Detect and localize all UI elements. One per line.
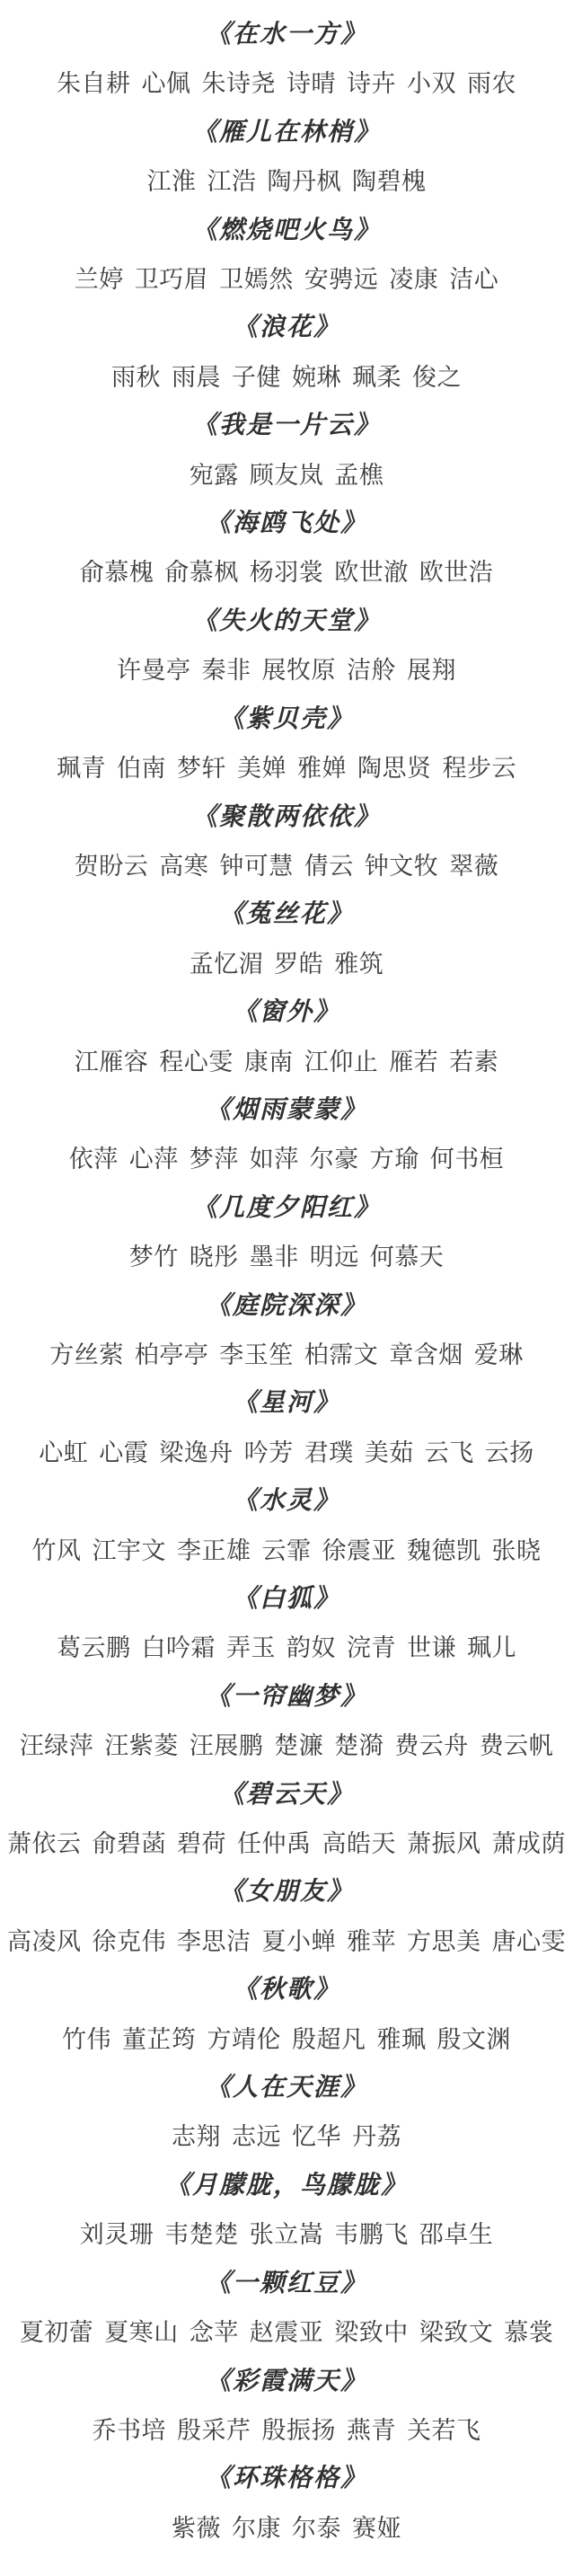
work-entry: 《水灵》 竹风 江宇文 李正雄 云霏 徐震亚 魏德凯 张晓 xyxy=(0,1477,573,1575)
work-characters-line: 竹风 江宇文 李正雄 云霏 徐震亚 魏德凯 张晓 xyxy=(0,1527,573,1575)
work-title: 《海鸥飞处》 xyxy=(0,500,573,548)
work-title: 《水灵》 xyxy=(0,1477,573,1526)
work-characters-line: 江淮 江浩 陶丹枫 陶碧槐 xyxy=(0,157,573,206)
work-characters-line: 江雁容 程心雯 康南 江仰止 雁若 若素 xyxy=(0,1038,573,1086)
work-title: 《女朋友》 xyxy=(0,1868,573,1917)
work-entry: 《庭院深深》 方丝萦 柏亭亭 李玉笙 柏霈文 章含烟 爱琳 xyxy=(0,1282,573,1380)
work-entry: 《月朦胧，鸟朦胧》 刘灵珊 韦楚楚 张立嵩 韦鹏飞 邵卓生 xyxy=(0,2162,573,2260)
work-title: 《紫贝壳》 xyxy=(0,695,573,744)
work-characters-line: 贺盼云 高寒 钟可慧 倩云 钟文牧 翠薇 xyxy=(0,842,573,890)
work-entry: 《菟丝花》 孟忆湄 罗皓 雅筑 xyxy=(0,890,573,988)
character-list-page: 《在水一方》 朱自耕 心佩 朱诗尧 诗晴 诗卉 小双 雨农 《雁儿在林梢》 江淮… xyxy=(0,0,573,2576)
work-characters-line: 许曼亭 秦非 展牧原 洁舲 展翔 xyxy=(0,646,573,695)
work-title: 《一颗红豆》 xyxy=(0,2260,573,2308)
work-characters-line: 汪绿萍 汪紫菱 汪展鹏 楚濂 楚漪 费云舟 费云帆 xyxy=(0,1722,573,1770)
work-title: 《烟雨蒙蒙》 xyxy=(0,1086,573,1135)
work-characters-line: 刘灵珊 韦楚楚 张立嵩 韦鹏飞 邵卓生 xyxy=(0,2210,573,2259)
work-entry: 《几度夕阳红》 梦竹 晓彤 墨非 明远 何慕天 xyxy=(0,1184,573,1282)
work-entry: 《我是一片云》 宛露 顾友岚 孟樵 xyxy=(0,402,573,500)
work-title: 《窗外》 xyxy=(0,988,573,1037)
work-entry: 《女朋友》 高凌风 徐克伟 李思洁 夏小蝉 雅苹 方思美 唐心雯 xyxy=(0,1868,573,1966)
work-characters-line: 宛露 顾友岚 孟樵 xyxy=(0,451,573,500)
work-entry: 《人在天涯》 志翔 志远 忆华 丹荔 xyxy=(0,2064,573,2162)
work-entry: 《一颗红豆》 夏初蕾 夏寒山 念苹 赵震亚 梁致中 梁致文 慕裳 xyxy=(0,2260,573,2358)
works-list: 《在水一方》 朱自耕 心佩 朱诗尧 诗晴 诗卉 小双 雨农 《雁儿在林梢》 江淮… xyxy=(0,11,573,2553)
work-characters-line: 雨秋 雨晨 子健 婉琳 珮柔 俊之 xyxy=(0,353,573,402)
work-title: 《一帘幽梦》 xyxy=(0,1673,573,1722)
work-title: 《月朦胧，鸟朦胧》 xyxy=(0,2162,573,2210)
work-entry: 《烟雨蒙蒙》 依萍 心萍 梦萍 如萍 尔豪 方瑜 何书桓 xyxy=(0,1086,573,1184)
work-entry: 《碧云天》 萧依云 俞碧菡 碧荷 任仲禹 高皓天 萧振风 萧成荫 xyxy=(0,1771,573,1869)
work-characters-line: 萧依云 俞碧菡 碧荷 任仲禹 高皓天 萧振风 萧成荫 xyxy=(0,1819,573,1868)
work-entry: 《聚散两依依》 贺盼云 高寒 钟可慧 倩云 钟文牧 翠薇 xyxy=(0,793,573,891)
work-title: 《菟丝花》 xyxy=(0,890,573,939)
work-title: 《人在天涯》 xyxy=(0,2064,573,2112)
work-entry: 《彩霞满天》 乔书培 殷采芹 殷振扬 燕青 关若飞 xyxy=(0,2358,573,2456)
work-characters-line: 竹伟 董芷筠 方靖伦 殷超凡 雅珮 殷文渊 xyxy=(0,2015,573,2064)
work-entry: 《浪花》 雨秋 雨晨 子健 婉琳 珮柔 俊之 xyxy=(0,304,573,402)
work-title: 《庭院深深》 xyxy=(0,1282,573,1331)
work-characters-line: 乔书培 殷采芹 殷振扬 燕青 关若飞 xyxy=(0,2406,573,2455)
work-title: 《几度夕阳红》 xyxy=(0,1184,573,1233)
work-entry: 《失火的天堂》 许曼亭 秦非 展牧原 洁舲 展翔 xyxy=(0,598,573,695)
work-title: 《燃烧吧火鸟》 xyxy=(0,207,573,255)
work-title: 《星河》 xyxy=(0,1379,573,1428)
work-characters-line: 方丝萦 柏亭亭 李玉笙 柏霈文 章含烟 爱琳 xyxy=(0,1331,573,1379)
work-characters-line: 兰婷 卫巧眉 卫嫣然 安骋远 凌康 洁心 xyxy=(0,255,573,304)
work-title: 《白狐》 xyxy=(0,1575,573,1624)
work-entry: 《窗外》 江雁容 程心雯 康南 江仰止 雁若 若素 xyxy=(0,988,573,1086)
work-characters-line: 依萍 心萍 梦萍 如萍 尔豪 方瑜 何书桓 xyxy=(0,1135,573,1183)
work-characters-line: 梦竹 晓彤 墨非 明远 何慕天 xyxy=(0,1233,573,1281)
work-characters-line: 珮青 伯南 梦轩 美婵 雅婵 陶思贤 程步云 xyxy=(0,744,573,792)
work-title: 《在水一方》 xyxy=(0,11,573,59)
work-characters-line: 朱自耕 心佩 朱诗尧 诗晴 诗卉 小双 雨农 xyxy=(0,59,573,108)
work-entry: 《环珠格格》 紫薇 尔康 尔泰 赛娅 xyxy=(0,2455,573,2553)
work-characters-line: 葛云鹏 白吟霜 弄玉 韵奴 浣青 世谦 珮儿 xyxy=(0,1624,573,1672)
work-characters-line: 高凌风 徐克伟 李思洁 夏小蝉 雅苹 方思美 唐心雯 xyxy=(0,1917,573,1966)
work-entry: 《一帘幽梦》 汪绿萍 汪紫菱 汪展鹏 楚濂 楚漪 费云舟 费云帆 xyxy=(0,1673,573,1771)
work-entry: 《雁儿在林梢》 江淮 江浩 陶丹枫 陶碧槐 xyxy=(0,109,573,207)
work-characters-line: 紫薇 尔康 尔泰 赛娅 xyxy=(0,2504,573,2553)
work-entry: 《在水一方》 朱自耕 心佩 朱诗尧 诗晴 诗卉 小双 雨农 xyxy=(0,11,573,109)
work-characters-line: 夏初蕾 夏寒山 念苹 赵震亚 梁致中 梁致文 慕裳 xyxy=(0,2308,573,2357)
work-title: 《秋歌》 xyxy=(0,1966,573,2014)
work-entry: 《星河》 心虹 心霞 梁逸舟 吟芳 君璞 美茹 云飞 云扬 xyxy=(0,1379,573,1477)
work-title: 《彩霞满天》 xyxy=(0,2358,573,2406)
work-entry: 《燃烧吧火鸟》 兰婷 卫巧眉 卫嫣然 安骋远 凌康 洁心 xyxy=(0,207,573,305)
work-entry: 《海鸥飞处》 俞慕槐 俞慕枫 杨羽裳 欧世澈 欧世浩 xyxy=(0,500,573,598)
work-characters-line: 孟忆湄 罗皓 雅筑 xyxy=(0,940,573,988)
work-title: 《浪花》 xyxy=(0,304,573,352)
work-characters-line: 志翔 志远 忆华 丹荔 xyxy=(0,2112,573,2161)
work-title: 《雁儿在林梢》 xyxy=(0,109,573,157)
work-entry: 《紫贝壳》 珮青 伯南 梦轩 美婵 雅婵 陶思贤 程步云 xyxy=(0,695,573,793)
work-characters-line: 俞慕槐 俞慕枫 杨羽裳 欧世澈 欧世浩 xyxy=(0,548,573,597)
work-title: 《环珠格格》 xyxy=(0,2455,573,2503)
work-characters-line: 心虹 心霞 梁逸舟 吟芳 君璞 美茹 云飞 云扬 xyxy=(0,1429,573,1477)
work-title: 《碧云天》 xyxy=(0,1771,573,1819)
work-title: 《我是一片云》 xyxy=(0,402,573,450)
work-title: 《聚散两依依》 xyxy=(0,793,573,842)
work-entry: 《秋歌》 竹伟 董芷筠 方靖伦 殷超凡 雅珮 殷文渊 xyxy=(0,1966,573,2064)
work-title: 《失火的天堂》 xyxy=(0,598,573,646)
work-entry: 《白狐》 葛云鹏 白吟霜 弄玉 韵奴 浣青 世谦 珮儿 xyxy=(0,1575,573,1673)
